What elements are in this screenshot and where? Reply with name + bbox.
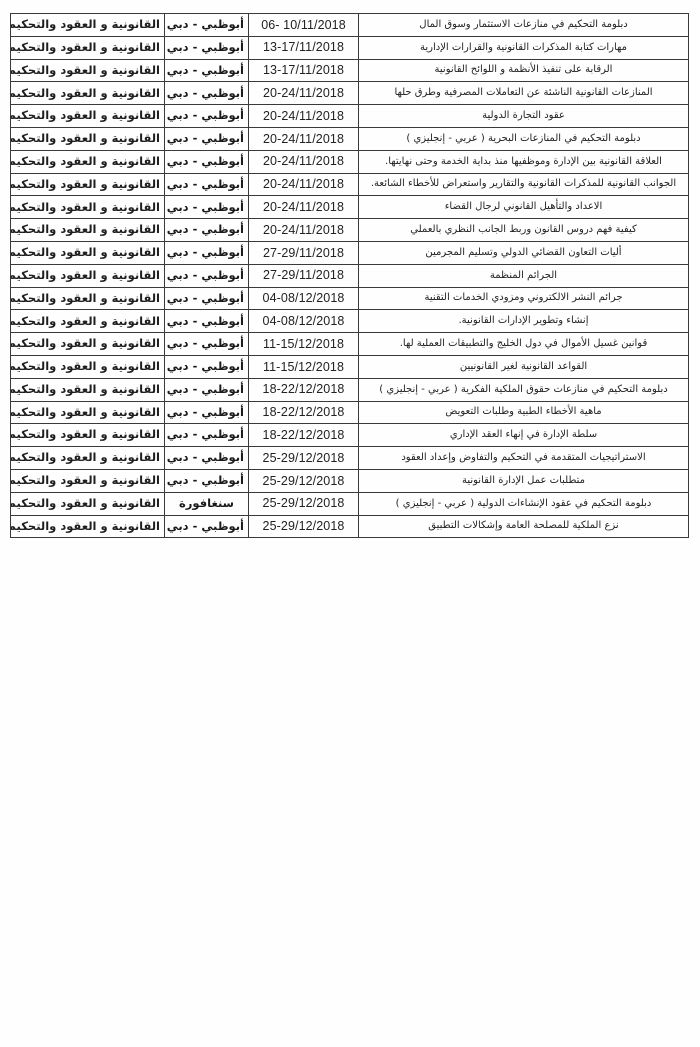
- table-row: القانونية و العقود والتحكيم أبوظبي - دبي…: [11, 378, 689, 401]
- location-cell: أبوظبي - دبي: [165, 264, 249, 287]
- date-cell: 18-22/12/2018: [249, 401, 359, 424]
- course-title-cell: القواعد القانونية لغير القانونيين: [359, 355, 689, 378]
- date-cell: 20-24/11/2018: [249, 173, 359, 196]
- course-title-cell: دبلومة التحكيم في منازعات حقوق الملكية ا…: [359, 378, 689, 401]
- course-title-cell: العلاقة القانونية بين الإدارة وموظفيها م…: [359, 150, 689, 173]
- course-title-cell: المنازعات القانونية الناشئة عن التعاملات…: [359, 82, 689, 105]
- location-cell: أبوظبي - دبي: [165, 36, 249, 59]
- category-cell: القانونية و العقود والتحكيم: [11, 492, 165, 515]
- table-row: القانونية و العقود والتحكيم أبوظبي - دبي…: [11, 14, 689, 37]
- table-row: القانونية و العقود والتحكيم أبوظبي - دبي…: [11, 82, 689, 105]
- date-cell: 04-08/12/2018: [249, 287, 359, 310]
- category-cell: القانونية و العقود والتحكيم: [11, 127, 165, 150]
- location-cell: أبوظبي - دبي: [165, 333, 249, 356]
- date-cell: 20-24/11/2018: [249, 196, 359, 219]
- location-cell: أبوظبي - دبي: [165, 59, 249, 82]
- category-cell: القانونية و العقود والتحكيم: [11, 310, 165, 333]
- course-title-cell: الاستراتيجيات المتقدمة في التحكيم والتفا…: [359, 447, 689, 470]
- date-cell: 18-22/12/2018: [249, 378, 359, 401]
- category-cell: القانونية و العقود والتحكيم: [11, 264, 165, 287]
- category-cell: القانونية و العقود والتحكيم: [11, 469, 165, 492]
- table-row: القانونية و العقود والتحكيم أبوظبي - دبي…: [11, 105, 689, 128]
- category-cell: القانونية و العقود والتحكيم: [11, 401, 165, 424]
- course-title-cell: سلطة الإدارة في إنهاء العقد الإداري: [359, 424, 689, 447]
- table-row: القانونية و العقود والتحكيم أبوظبي - دبي…: [11, 515, 689, 538]
- date-cell: 13-17/11/2018: [249, 59, 359, 82]
- category-cell: القانونية و العقود والتحكيم: [11, 355, 165, 378]
- table-row: القانونية و العقود والتحكيم أبوظبي - دبي…: [11, 59, 689, 82]
- course-title-cell: عقود التجارة الدولية: [359, 105, 689, 128]
- date-cell: 27-29/11/2018: [249, 264, 359, 287]
- category-cell: القانونية و العقود والتحكيم: [11, 14, 165, 37]
- date-cell: 20-24/11/2018: [249, 82, 359, 105]
- location-cell: أبوظبي - دبي: [165, 447, 249, 470]
- course-title-cell: دبلومة التحكيم في منازعات الاستثمار وسوق…: [359, 14, 689, 37]
- course-title-cell: نزع الملكية للمصلحة العامة وإشكالات التط…: [359, 515, 689, 538]
- category-cell: القانونية و العقود والتحكيم: [11, 219, 165, 242]
- date-cell: 20-24/11/2018: [249, 127, 359, 150]
- location-cell: أبوظبي - دبي: [165, 196, 249, 219]
- table-row: القانونية و العقود والتحكيم أبوظبي - دبي…: [11, 424, 689, 447]
- course-title-cell: مهارات كتابة المذكرات القانونية والقرارا…: [359, 36, 689, 59]
- course-title-cell: الرقابة على تنفيذ الأنظمة و اللوائح القا…: [359, 59, 689, 82]
- course-title-cell: دبلومة التحكيم في عقود الإنشاءات الدولية…: [359, 492, 689, 515]
- date-cell: 06- 10/11/2018: [249, 14, 359, 37]
- location-cell: أبوظبي - دبي: [165, 401, 249, 424]
- location-cell: أبوظبي - دبي: [165, 378, 249, 401]
- location-cell: أبوظبي - دبي: [165, 14, 249, 37]
- table-row: القانونية و العقود والتحكيم أبوظبي - دبي…: [11, 219, 689, 242]
- table-row: القانونية و العقود والتحكيم أبوظبي - دبي…: [11, 150, 689, 173]
- table-row: القانونية و العقود والتحكيم أبوظبي - دبي…: [11, 264, 689, 287]
- category-cell: القانونية و العقود والتحكيم: [11, 447, 165, 470]
- location-cell: أبوظبي - دبي: [165, 173, 249, 196]
- category-cell: القانونية و العقود والتحكيم: [11, 173, 165, 196]
- category-cell: القانونية و العقود والتحكيم: [11, 59, 165, 82]
- course-title-cell: جرائم النشر الالكتروني ومزودي الخدمات ال…: [359, 287, 689, 310]
- table-row: القانونية و العقود والتحكيم أبوظبي - دبي…: [11, 310, 689, 333]
- course-title-cell: الجرائم المنظمة: [359, 264, 689, 287]
- course-title-cell: الجوانب القانونية للمذكرات القانونية وال…: [359, 173, 689, 196]
- course-schedule-table: القانونية و العقود والتحكيم أبوظبي - دبي…: [10, 13, 689, 538]
- course-title-cell: متطلبات عمل الإدارة القانونية: [359, 469, 689, 492]
- location-cell: أبوظبي - دبي: [165, 82, 249, 105]
- location-cell: أبوظبي - دبي: [165, 127, 249, 150]
- category-cell: القانونية و العقود والتحكيم: [11, 287, 165, 310]
- course-title-cell: دبلومة التحكيم في المنازعات البحرية ( عر…: [359, 127, 689, 150]
- course-schedule-body: القانونية و العقود والتحكيم أبوظبي - دبي…: [11, 14, 689, 538]
- date-cell: 11-15/12/2018: [249, 333, 359, 356]
- table-row: القانونية و العقود والتحكيم سنغافورة 25-…: [11, 492, 689, 515]
- course-title-cell: ماهية الأخطاء الطبية وطلبات التعويض: [359, 401, 689, 424]
- table-row: القانونية و العقود والتحكيم أبوظبي - دبي…: [11, 447, 689, 470]
- date-cell: 25-29/12/2018: [249, 515, 359, 538]
- location-cell: أبوظبي - دبي: [165, 424, 249, 447]
- date-cell: 04-08/12/2018: [249, 310, 359, 333]
- table-row: القانونية و العقود والتحكيم أبوظبي - دبي…: [11, 241, 689, 264]
- category-cell: القانونية و العقود والتحكيم: [11, 105, 165, 128]
- location-cell: أبوظبي - دبي: [165, 310, 249, 333]
- date-cell: 11-15/12/2018: [249, 355, 359, 378]
- category-cell: القانونية و العقود والتحكيم: [11, 82, 165, 105]
- category-cell: القانونية و العقود والتحكيم: [11, 333, 165, 356]
- location-cell: أبوظبي - دبي: [165, 287, 249, 310]
- location-cell: أبوظبي - دبي: [165, 219, 249, 242]
- location-cell: سنغافورة: [165, 492, 249, 515]
- table-row: القانونية و العقود والتحكيم أبوظبي - دبي…: [11, 333, 689, 356]
- category-cell: القانونية و العقود والتحكيم: [11, 150, 165, 173]
- location-cell: أبوظبي - دبي: [165, 515, 249, 538]
- date-cell: 20-24/11/2018: [249, 150, 359, 173]
- course-title-cell: كيفية فهم دروس القانون وربط الجانب النظر…: [359, 219, 689, 242]
- table-row: القانونية و العقود والتحكيم أبوظبي - دبي…: [11, 355, 689, 378]
- date-cell: 13-17/11/2018: [249, 36, 359, 59]
- category-cell: القانونية و العقود والتحكيم: [11, 241, 165, 264]
- table-row: القانونية و العقود والتحكيم أبوظبي - دبي…: [11, 401, 689, 424]
- course-title-cell: إنشاء وتطوير الإدارات القانونية.: [359, 310, 689, 333]
- course-title-cell: الاعداد والتأهيل القانوني لرجال القضاء: [359, 196, 689, 219]
- location-cell: أبوظبي - دبي: [165, 105, 249, 128]
- table-row: القانونية و العقود والتحكيم أبوظبي - دبي…: [11, 173, 689, 196]
- location-cell: أبوظبي - دبي: [165, 469, 249, 492]
- date-cell: 27-29/11/2018: [249, 241, 359, 264]
- table-row: القانونية و العقود والتحكيم أبوظبي - دبي…: [11, 469, 689, 492]
- table-row: القانونية و العقود والتحكيم أبوظبي - دبي…: [11, 196, 689, 219]
- course-title-cell: أليات التعاون القضائي الدولي وتسليم المج…: [359, 241, 689, 264]
- course-title-cell: قوانين غسيل الأموال في دول الخليج والتطب…: [359, 333, 689, 356]
- category-cell: القانونية و العقود والتحكيم: [11, 378, 165, 401]
- document-page: القانونية و العقود والتحكيم أبوظبي - دبي…: [0, 0, 700, 1047]
- category-cell: القانونية و العقود والتحكيم: [11, 424, 165, 447]
- location-cell: أبوظبي - دبي: [165, 355, 249, 378]
- table-row: القانونية و العقود والتحكيم أبوظبي - دبي…: [11, 36, 689, 59]
- category-cell: القانونية و العقود والتحكيم: [11, 515, 165, 538]
- date-cell: 25-29/12/2018: [249, 447, 359, 470]
- table-row: القانونية و العقود والتحكيم أبوظبي - دبي…: [11, 127, 689, 150]
- date-cell: 18-22/12/2018: [249, 424, 359, 447]
- category-cell: القانونية و العقود والتحكيم: [11, 196, 165, 219]
- location-cell: أبوظبي - دبي: [165, 241, 249, 264]
- date-cell: 25-29/12/2018: [249, 469, 359, 492]
- date-cell: 25-29/12/2018: [249, 492, 359, 515]
- table-row: القانونية و العقود والتحكيم أبوظبي - دبي…: [11, 287, 689, 310]
- date-cell: 20-24/11/2018: [249, 219, 359, 242]
- date-cell: 20-24/11/2018: [249, 105, 359, 128]
- location-cell: أبوظبي - دبي: [165, 150, 249, 173]
- category-cell: القانونية و العقود والتحكيم: [11, 36, 165, 59]
